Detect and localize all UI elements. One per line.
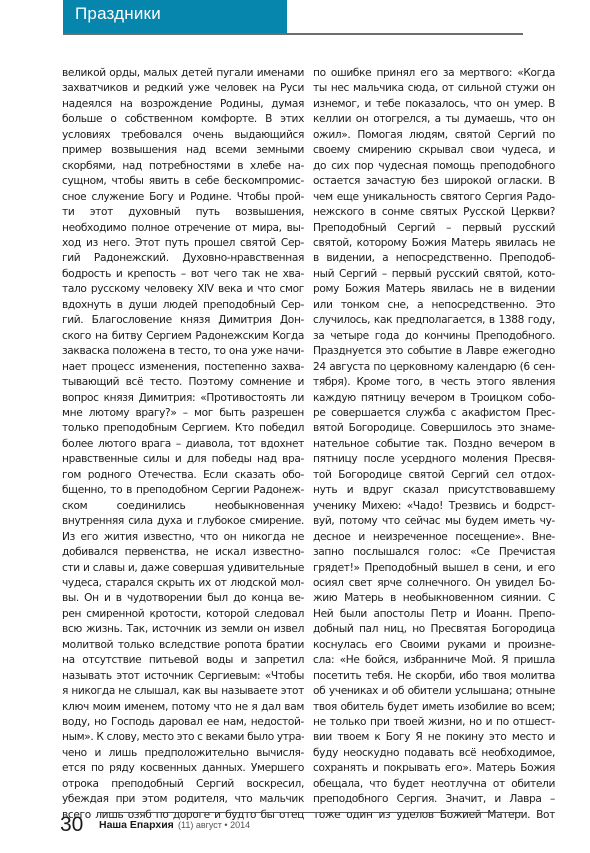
text-line: рому Божия Матерь явилась не в видении [313,282,555,297]
text-line: 24 августа по церковному календарю (6 се… [313,360,555,375]
text-line: великой орды, малых детей пугали именами [62,66,304,81]
text-line: об учениках и об обители услышана; отнын… [313,684,555,699]
text-line: жию Матерь в необыкновенном сиянии. С [313,591,555,606]
issue-info: (11) август • 2014 [178,820,250,830]
text-line: келлии он отогрелся, а ты думаешь, что о… [313,112,555,127]
text-line: твоя обитель будет иметь изобилие во все… [313,700,555,715]
text-line: чем еще уникальность святого Сергия Радо… [313,190,555,205]
text-line: скорбями, над потребностями в хлебе на- [62,159,304,174]
text-line: Преподобный Сергий – первый русский [313,221,555,236]
text-line: ского на битву Сергием Радонежским Когда [62,329,304,344]
text-line: ученику Михею: «Чадо! Трезвись и бодрст- [313,499,555,514]
text-line: сла: «Не бойся, избранниче Мой. Я пришла [313,653,555,668]
text-line: Ней были апостолы Петр и Иоанн. Препо- [313,607,555,622]
text-line: чено и лишь предположительно вычисля- [62,746,304,761]
text-line: вии твоем к Богу Я не покину это место и [313,730,555,745]
page-number: 30 [60,813,83,837]
text-line: ется по ряду косвенных данных. Умершего [62,761,304,776]
text-line: чудеса, старался скрыть их от людской мо… [62,576,304,591]
text-line: коснулась его Своими руками и произне- [313,638,555,653]
section-title: Праздники [75,4,161,24]
text-line: добивался первенства, не искал известно- [62,545,304,560]
text-line: ный Сергий – первый русский святой, кото… [313,267,555,282]
text-line: нравственные силы и для победы над вра- [62,452,304,467]
text-line: отрока преподобный Сергий воскресил, [62,777,304,792]
text-line: за четыре года до кончины Преподобного. [313,329,555,344]
text-line: ожил». Помогая людям, святой Сергий по [313,128,555,143]
text-line: ным». К слову, место это с веками было у… [62,730,304,745]
text-line: святой, которому Божия Матерь явилась не [313,236,555,251]
text-line: не только при твоей жизни, но и по отшес… [313,715,555,730]
text-line: бщенно, то в преподобном Сергии Радонеж- [62,483,304,498]
text-line: пример возвышения над всеми земными [62,143,304,158]
text-line: больше о собственном комфорте. В этих [62,112,304,127]
text-line: ты нес мальчика сюда, от сильной стужи о… [313,81,555,96]
text-line: тоже один из уделов Божией Матери. Вот [313,808,555,823]
text-line: изнемог, и тебе показалось, что он умер.… [313,97,555,112]
text-line: нает процесс изменения, постепенно захва… [62,360,304,375]
text-line: нежского в сонме святых Русской Церкви? [313,205,555,220]
footer-divider [97,812,523,813]
text-line: Из его жития известно, что он никогда не [62,530,304,545]
text-line: захватчиков и редкий уже человек на Руси [62,81,304,96]
text-line: необходимо полное отречение от мира, вы- [62,221,304,236]
text-line: всю жизнь. Так, источник из земли он изв… [62,622,304,637]
text-line: в видении, а непосредственно. Преподоб- [313,251,555,266]
text-line: гий Радонежский. Духовно-нравственная [62,251,304,266]
text-line: молитвой только вследствие ропота братии [62,638,304,653]
text-line: вдохнуть в души людей преподобный Сер- [62,298,304,313]
text-line: тало русскому человеку XIV века и что см… [62,282,304,297]
text-line: нательное событие так. Поздно вечером в [313,437,555,452]
text-line: по ошибке принял его за мертвого: «Когда [313,66,555,81]
section-header-band: Праздники [63,0,287,33]
text-line: до сих пор чудесная помощь преподобного [313,159,555,174]
text-line: воду, но Господь даровал ее нам, недосто… [62,715,304,730]
text-line: ход из него. Этот путь прошел святой Сер… [62,236,304,251]
text-line: той Богородице святой Сергий сел отдох- [313,468,555,483]
text-line: вятой Богородице. Совершилось это знаме- [313,421,555,436]
text-line: только преподобным Сергием. Кто победил [62,421,304,436]
text-line: пятницу после усердного моления Пресвя- [313,452,555,467]
text-line: или тонком сне, а непосредственно. Это [313,298,555,313]
text-line: гом родного Отечества. Если сказать обо- [62,468,304,483]
text-line: посетить тебя. Не скорби, ибо твоя молит… [313,669,555,684]
text-line: своему смирению скрывал свои чудеса, и [313,143,555,158]
text-line: сти и славы и, даже совершая удивительны… [62,561,304,576]
text-line: ключ моим именем, потому что не я дал ва… [62,700,304,715]
text-line: каждую пятницу вечером в Троицком собо- [313,391,555,406]
text-line: вы. Он и в чудотворении был до конца ве- [62,591,304,606]
text-line: ском соединились необыкновенная [62,499,304,514]
text-line: условиях требовался очень выдающийся [62,128,304,143]
text-line: тября). Кроме того, в честь этого явлени… [313,375,555,390]
text-line: я никогда не слышал, как вы называете эт… [62,684,304,699]
text-line: обещала, что будет неотлучна от обители [313,777,555,792]
text-line: сное служение Богу и Родине. Чтобы прой- [62,190,304,205]
text-line: внутренняя сила духа и глубокое смирение… [62,514,304,529]
text-line: нуть и вдруг сказал присутствовавшему [313,483,555,498]
article-column-right: по ошибке принял его за мертвого: «Когда… [313,66,555,823]
text-line: бодрость и крепость – вот чего так не хв… [62,267,304,282]
text-line: запно послышался голос: «Се Пречистая [313,545,555,560]
text-line: на отсутствие питьевой воды и запретил [62,653,304,668]
text-line: мне лютому врагу?» – мог быть разрешен [62,406,304,421]
text-line: преподобного Сергия. Значит, и Лавра – [313,792,555,807]
text-line: гий. Благословение князя Димитрия Дон- [62,313,304,328]
header-divider [63,33,523,35]
text-line: осиял свет ярче солнечного. Он увидел Бо… [313,576,555,591]
text-line: вопрос князя Димитрия: «Противостоять ли [62,391,304,406]
text-line: называть этот источник Сергиевым: «Чтобы [62,669,304,684]
text-line: рен смиренной кротости, которой следовал [62,607,304,622]
text-line: вуй, потому что сейчас мы будем иметь чу… [313,514,555,529]
text-line: случилось, как предполагается, в 1388 го… [313,313,555,328]
text-line: сущном, чтобы явить в себе бескомпромис- [62,174,304,189]
text-line: более лютого врага – диавола, тот вдохне… [62,437,304,452]
text-line: закваска положена в тесто, то она уже на… [62,344,304,359]
text-line: добный пал ниц, но Пресвятая Богородица [313,622,555,637]
magazine-name: Наша Епархия [99,819,174,831]
text-line: десное и неизреченное посещение». Вне- [313,530,555,545]
text-line: ти этот духовный путь возвышения, [62,205,304,220]
article-column-left: великой орды, малых детей пугали именами… [62,66,304,823]
text-line: ре совершается служба с акафистом Прес- [313,406,555,421]
text-line: тывающий всё тесто. Поэтому сомнение и [62,375,304,390]
text-line: сохранять и покрывать его». Матерь Божия [313,761,555,776]
text-line: надеялся на возрождение Родины, думая [62,97,304,112]
text-line: буду неоскудно подавать всё необходимое, [313,746,555,761]
text-line: остается зачастую без широкой огласки. В [313,174,555,189]
text-line: убеждая при этом родителя, что мальчик [62,792,304,807]
text-line: Празднуется это событие в Лавре ежегодно [313,344,555,359]
text-line: грядет!» Преподобный вышел в сени, и его [313,561,555,576]
